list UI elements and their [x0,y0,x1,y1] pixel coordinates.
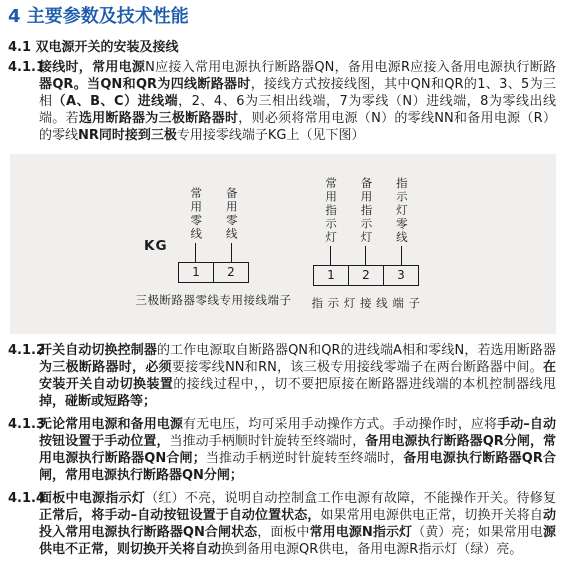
terminal-cell-1: 1 [314,266,348,285]
manual-page: 4 主要参数及技术性能 4.1 双电源开关的安装及接线 4.1.1 接线时，常用… [0,0,566,587]
connector-line [330,246,331,265]
wire-label-common-neutral: 常用零线 [188,187,203,241]
wiring-diagram-panel: KG 常用零线 备用零线 1 2 三极断路器零线专用接线端子 [10,154,556,334]
diagram-caption: 指 示 灯 接 线 端 子 [312,295,421,312]
paragraph-number: 4.1.4 [8,490,39,507]
connector-line [365,246,366,265]
terminal-block: 1 2 [178,262,249,283]
paragraph-4-1-4: 4.1.4 面板中电源指示灯（红）不亮，说明自动控制盒工作电源有故障，不能操作开… [8,490,556,558]
paragraph-text: 无论常用电源和备用电源有无电压，均可采用手动操作方式。手动操作时，应将手动–自动… [39,416,556,484]
terminal-cell-1: 1 [179,263,213,282]
label-column: 备用零线 [214,187,250,262]
diagram-label-columns: 常用零线 备用零线 [178,184,249,262]
terminal-cell-3: 3 [383,266,418,285]
diagram-label-columns: 常用指示灯 备用指示灯 指示灯零线 [313,177,419,265]
paragraph-4-1-1: 4.1.1 接线时，常用电源N应接入常用电源执行断路器QN，备用电源R应接入备用… [8,59,556,144]
terminal-cell-2: 2 [348,266,383,285]
terminal-block: 1 2 3 [313,265,419,286]
paragraph-4-1-2: 4.1.2 开关自动切换控制器的工作电源取自断路器QN和QR的进线端A相和零线N… [8,342,556,410]
paragraph-4-1-3: 4.1.3 无论常用电源和备用电源有无电压，均可采用手动操作方式。手动操作时，应… [8,416,556,484]
diagram-caption: 三极断路器零线专用接线端子 [136,292,292,309]
paragraph-number: 4.1.1 [8,59,39,76]
label-column: 常用指示灯 [313,177,348,266]
connector-line [231,243,232,262]
diagram-neutral-terminal-block: 常用零线 备用零线 1 2 三极断路器零线专用接线端子 [178,184,249,309]
label-column: 指示灯零线 [384,177,419,266]
label-column: 备用指示灯 [348,177,383,266]
wire-label-indicator-neutral: 指示灯零线 [394,177,409,245]
connector-line [195,243,196,262]
wire-label-backup-indicator: 备用指示灯 [358,177,373,245]
section-4-1-heading: 4.1 双电源开关的安装及接线 [8,39,556,56]
paragraph-text: 接线时，常用电源N应接入常用电源执行断路器QN，备用电源R应接入备用电源执行断路… [39,59,556,144]
wire-label-backup-neutral: 备用零线 [224,187,239,241]
kg-terminal-label: KG [144,238,168,255]
diagram-indicator-terminal-block: 常用指示灯 备用指示灯 指示灯零线 1 2 3 指 示 灯 接 线 端 子 [313,177,419,312]
terminal-cell-2: 2 [213,263,248,282]
paragraph-number: 4.1.2 [8,342,39,359]
paragraph-text: 开关自动切换控制器的工作电源取自断路器QN和QR的进线端A相和零线N，若选用断路… [39,342,556,410]
label-column: 常用零线 [178,187,214,262]
paragraph-text: 面板中电源指示灯（红）不亮，说明自动控制盒工作电源有故障，不能操作开关。待修复正… [39,490,556,558]
page-title: 4 主要参数及技术性能 [8,6,556,28]
wire-label-common-indicator: 常用指示灯 [323,177,338,245]
connector-line [401,246,402,265]
paragraph-number: 4.1.3 [8,416,39,433]
